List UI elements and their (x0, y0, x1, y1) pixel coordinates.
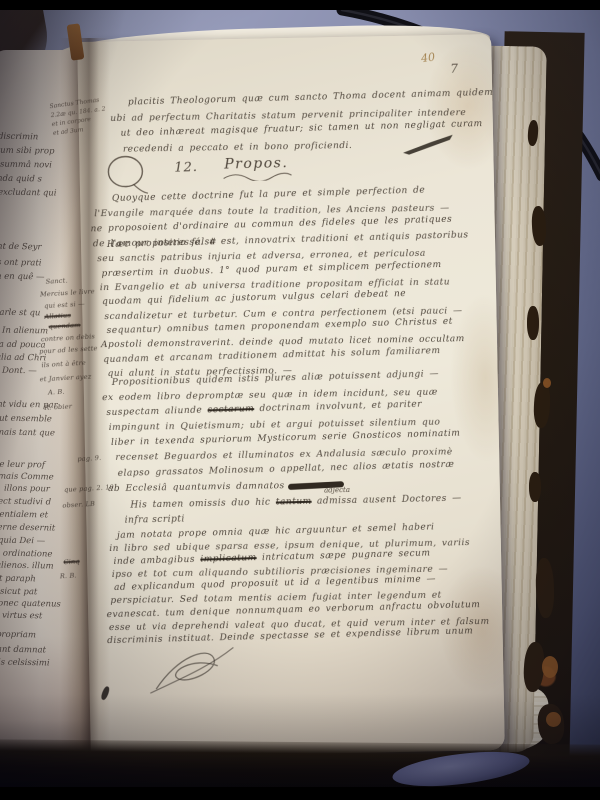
line-text: ab Ecclesiâ quantumvis damnatos (108, 481, 285, 494)
margin-note-struck: quendam (48, 321, 80, 331)
margin-note: et Janvier ayez (40, 372, 92, 383)
margin-note: R. B. (60, 571, 77, 580)
proposition-heading: Propos. (224, 155, 288, 172)
line-text: inde ambagibus (113, 555, 200, 567)
latin-propositions-block: Propositionibus quidem istis plures aliæ… (96, 371, 462, 499)
proposition-number: 12. (174, 160, 198, 175)
margin-note-struck: Allatius (44, 311, 71, 320)
manuscript-photo: discrimin ctum sibi prop summâ novi anda… (0, 0, 600, 800)
struck-word: tantum (276, 497, 312, 508)
margin-note-struck: Cinq (63, 557, 80, 566)
heading-flourish (103, 151, 152, 196)
struck-word: implicatum (200, 553, 257, 565)
pen-stroke-flourish (403, 135, 455, 156)
folio-number-ink: 7 (450, 62, 458, 76)
margin-note: A. B. (48, 388, 65, 397)
struck-word: sectarum (207, 404, 254, 415)
margin-note: obser. LB (62, 500, 95, 510)
heading-underline (223, 172, 293, 181)
line-text: His tamen omissis duo hic (130, 498, 276, 511)
margin-note: Mercius le livre (40, 287, 95, 298)
margin-note: ils ont à être (41, 359, 86, 369)
manuscript-text-layer: 40 7 Sanctus Thomas 2.2æ qu. 184. a. 2 e… (0, 10, 600, 787)
margin-note: qui est si — (44, 300, 85, 310)
omissis-line: infra scripti (125, 514, 185, 525)
margin-note: Sanct. (45, 276, 67, 285)
latin-censure-block: Hæc propositio falsa est, innovatrix tra… (93, 232, 472, 383)
interlinear-insertion: adjecta (324, 486, 350, 495)
margin-note: pour ad les sette (39, 344, 98, 355)
line-text: admissa ausent Doctores — (312, 494, 462, 507)
photo-area: discrimin ctum sibi prop summâ novi anda… (0, 10, 600, 787)
bottom-letterbox-bar (0, 787, 600, 800)
line-text: suspectam aliunde (106, 406, 207, 419)
margin-note: contre on debis (41, 332, 95, 343)
folio-number-pencil: 40 (420, 50, 436, 65)
margin-note: R. obier (44, 402, 72, 412)
signature-paraph (145, 639, 241, 696)
top-letterbox-bar (0, 0, 600, 10)
margin-note: pag. 9. (77, 454, 101, 463)
ink-mark (100, 686, 111, 701)
closing-latin-block: jam notata prope omnia quæ hic arguuntur… (99, 523, 490, 649)
